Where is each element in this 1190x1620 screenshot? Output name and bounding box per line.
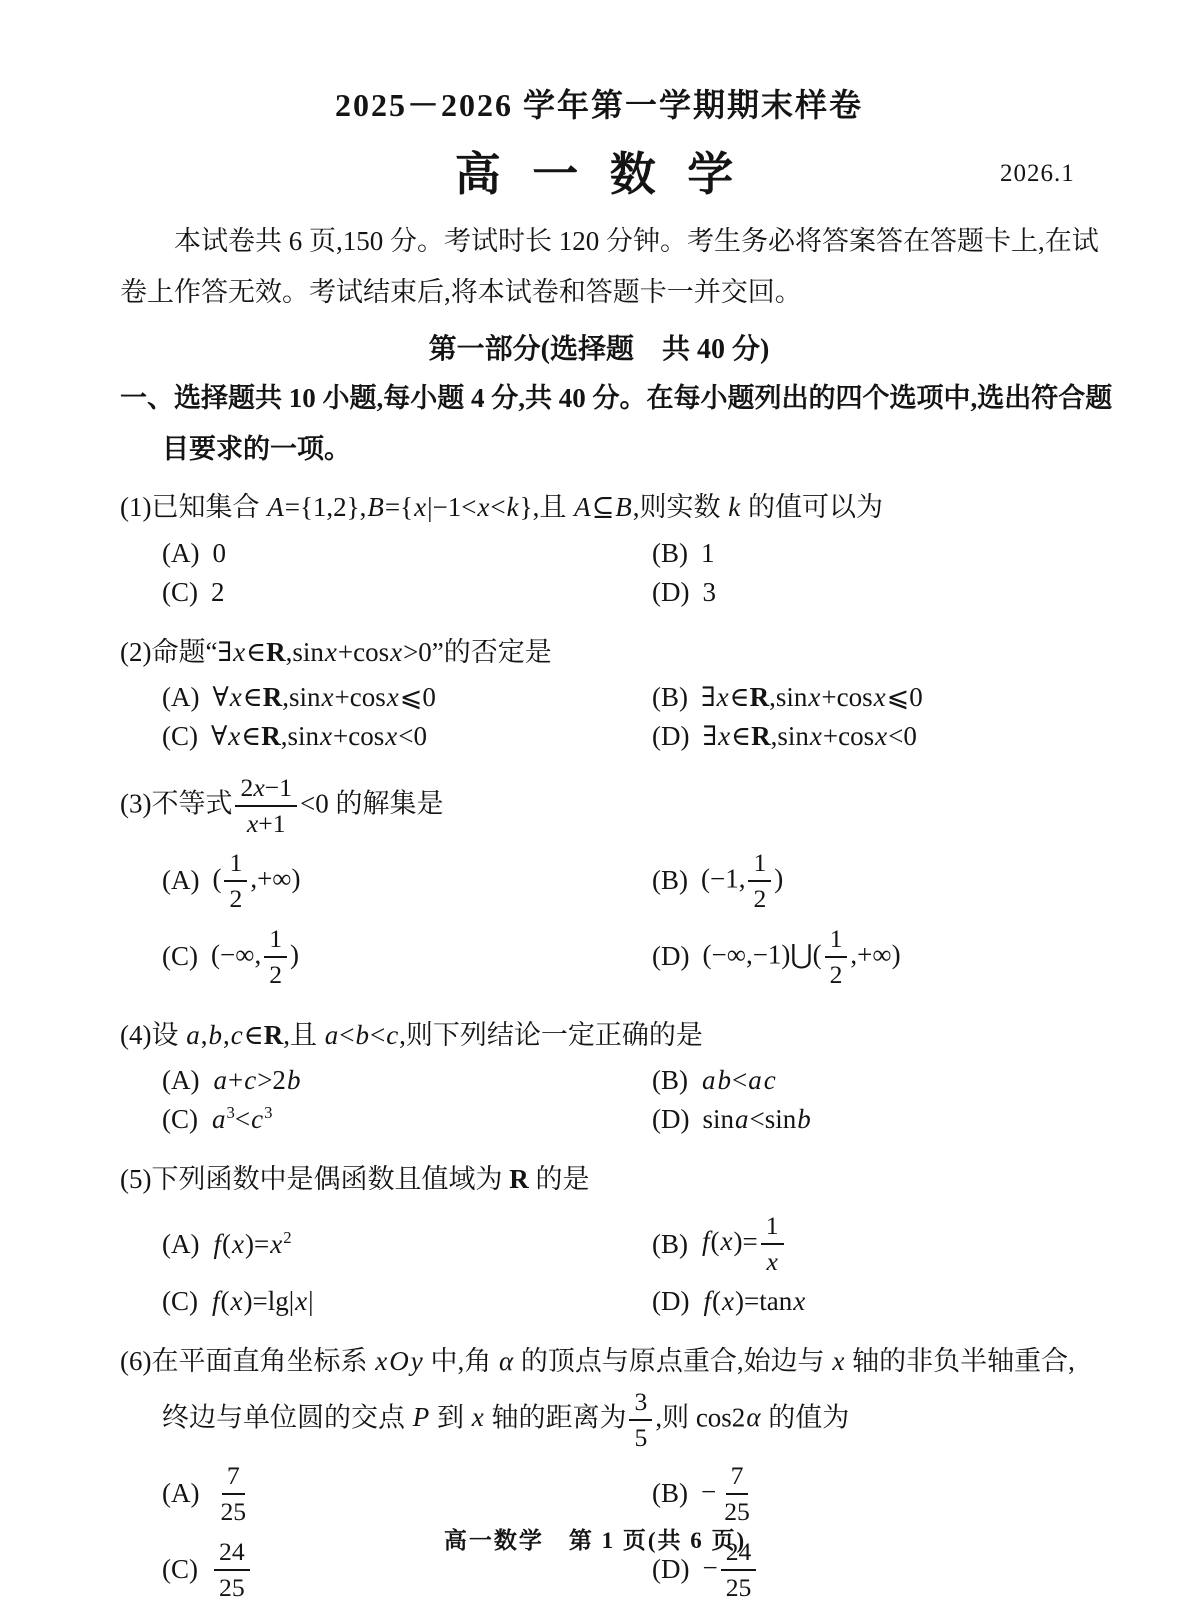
option-text: (12,+∞) [212,847,300,915]
option-label: (A) [162,682,199,713]
exam-date: 2026.1 [1000,160,1075,188]
question-4: (4)设 a,b,c∈R,且 a<b<c,则下列结论一定正确的是(A)a+c>2… [120,1011,1078,1148]
option-text: sina<sinb [702,1104,811,1135]
option-label: (C) [162,1554,198,1585]
option-text: 2 [211,577,225,608]
option-text: 0 [212,538,226,569]
option-text: f(x)=tanx [702,1286,806,1317]
page-title: 2025－2026 学年第一学期期末样卷 [120,80,1078,126]
option-3-C: (C)(−∞,12) [162,919,652,995]
exam-notice-line: 本试卷共 6 页,150 分。考试时长 120 分钟。考生务必将答案答在答题卡上… [120,216,1078,267]
option-label: (B) [652,682,688,713]
option-text: 725 [212,1460,254,1528]
question-3: (3)不等式2x−1x+1<0 的解集是(A)(12,+∞)(B)(−1,12)… [120,772,1078,1002]
option-5-B: (B)f(x)=1x [652,1206,1078,1282]
option-label: (C) [162,721,198,752]
options-grid: (A)f(x)=x2(B)f(x)=1x(C)f(x)=lg|x|(D)f(x)… [162,1204,1078,1329]
option-text: 1 [701,538,715,569]
exam-notice-line: 卷上作答无效。考试结束后,将本试卷和答题卡一并交回。 [120,267,1078,318]
option-3-D: (D)(−∞,−1)⋃(12,+∞) [652,919,1078,995]
option-text: f(x)=lg|x| [211,1286,314,1317]
option-label: (B) [652,538,688,569]
option-5-A: (A)f(x)=x2 [162,1206,652,1282]
option-text: (−1,12) [701,847,783,915]
option-text: f(x)=x2 [212,1229,291,1260]
option-label: (D) [652,1104,689,1135]
option-label: (A) [162,1478,199,1509]
option-text: ab<ac [701,1065,777,1096]
option-text: ∀x∈R,sinx+cosx⩽0 [212,682,435,713]
option-text: ∃x∈R,sinx+cosx<0 [702,721,916,752]
option-label: (B) [652,1229,688,1260]
option-4-D: (D)sina<sinb [652,1100,1078,1139]
option-label: (A) [162,1229,199,1260]
option-2-A: (A)∀x∈R,sinx+cosx⩽0 [162,678,652,717]
question-stem: (6)在平面直角坐标系 xOy 中,角 α 的顶点与原点重合,始边与 x 轴的非… [120,1337,1078,1386]
option-4-B: (B)ab<ac [652,1061,1078,1100]
options-grid: (A)a+c>2b(B)ab<ac(C)a3<c3(D)sina<sinb [162,1059,1078,1147]
option-text: −725 [701,1460,758,1528]
option-2-D: (D)∃x∈R,sinx+cosx<0 [652,717,1078,756]
option-label: (A) [162,865,199,896]
option-label: (D) [652,577,689,608]
option-4-A: (A)a+c>2b [162,1061,652,1100]
option-text: a3<c3 [211,1104,272,1135]
option-1-C: (C)2 [162,573,652,612]
option-label: (C) [162,1286,198,1317]
question-stem: 终边与单位圆的交点 P 到 x 轴的距离为35,则 cos2α 的值为 [162,1386,1078,1454]
question-list: (1)已知集合 A={1,2},B={x|−1<x<k},且 A⊆B,则实数 k… [120,483,1078,1616]
option-label: (D) [652,1554,689,1585]
option-text: (−∞,12) [211,923,299,991]
exam-notice: 本试卷共 6 页,150 分。考试时长 120 分钟。考生务必将答案答在答题卡上… [120,216,1078,319]
options-grid: (A)(12,+∞)(B)(−1,12)(C)(−∞,12)(D)(−∞,−1)… [162,841,1078,1003]
option-1-D: (D)3 [652,573,1078,612]
page-subtitle: 高 一 数 学 [120,138,1078,204]
option-label: (B) [652,1065,688,1096]
option-label: (B) [652,1478,688,1509]
option-text: f(x)=1x [701,1210,787,1278]
option-label: (D) [652,1286,689,1317]
option-text: (−∞,−1)⋃(12,+∞) [702,923,900,991]
option-6-B: (B)−725 [652,1456,1078,1532]
options-grid: (A)∀x∈R,sinx+cosx⩽0(B)∃x∈R,sinx+cosx⩽0(C… [162,676,1078,764]
question-6: (6)在平面直角坐标系 xOy 中,角 α 的顶点与原点重合,始边与 x 轴的非… [120,1337,1078,1616]
option-1-A: (A)0 [162,534,652,573]
question-2: (2)命题“∃x∈R,sinx+cosx>0”的否定是(A)∀x∈R,sinx+… [120,628,1078,765]
option-3-B: (B)(−1,12) [652,843,1078,919]
page-footer: 高一数学 第 1 页(共 6 页) [0,1522,1190,1555]
section-directive-line: 一、选择题共 10 小题,每小题 4 分,共 40 分。在每小题列出的四个选项中… [120,373,1078,424]
option-5-D: (D)f(x)=tanx [652,1282,1078,1321]
question-stem: (2)命题“∃x∈R,sinx+cosx>0”的否定是 [120,628,1078,677]
question-stem: (1)已知集合 A={1,2},B={x|−1<x<k},且 A⊆B,则实数 k… [120,483,1078,532]
option-5-C: (C)f(x)=lg|x| [162,1282,652,1321]
exam-page-body: 2025－2026 学年第一学期期末样卷 高 一 数 学 2026.1 本试卷共… [0,0,1190,1616]
question-1: (1)已知集合 A={1,2},B={x|−1<x<k},且 A⊆B,则实数 k… [120,483,1078,620]
option-label: (A) [162,538,199,569]
option-text: a+c>2b [212,1065,301,1096]
option-4-C: (C)a3<c3 [162,1100,652,1139]
option-text: ∃x∈R,sinx+cosx⩽0 [701,682,923,713]
option-text: ∀x∈R,sinx+cosx<0 [211,721,427,752]
section-directive-line: 目要求的一项。 [162,424,1078,475]
option-3-A: (A)(12,+∞) [162,843,652,919]
question-stem: (5)下列函数中是偶函数且值域为 R 的是 [120,1155,1078,1204]
option-2-C: (C)∀x∈R,sinx+cosx<0 [162,717,652,756]
option-label: (D) [652,941,689,972]
option-2-B: (B)∃x∈R,sinx+cosx⩽0 [652,678,1078,717]
option-text: 3 [702,577,716,608]
question-stem: (4)设 a,b,c∈R,且 a<b<c,则下列结论一定正确的是 [120,1011,1078,1060]
section-heading: 第一部分(选择题 共 40 分) [120,327,1078,367]
option-1-B: (B)1 [652,534,1078,573]
option-6-A: (A)725 [162,1456,652,1532]
option-label: (D) [652,721,689,752]
option-label: (C) [162,941,198,972]
option-label: (C) [162,1104,198,1135]
option-label: (B) [652,865,688,896]
question-stem: (3)不等式2x−1x+1<0 的解集是 [120,772,1078,840]
exam-paper-page: { "header": { "title": "2025－2026 学年第一学期… [0,0,1190,1620]
option-label: (C) [162,577,198,608]
section-directive: 一、选择题共 10 小题,每小题 4 分,共 40 分。在每小题列出的四个选项中… [120,373,1078,476]
options-grid: (A)0(B)1(C)2(D)3 [162,532,1078,620]
option-label: (A) [162,1065,199,1096]
question-5: (5)下列函数中是偶函数且值域为 R 的是(A)f(x)=x2(B)f(x)=1… [120,1155,1078,1329]
